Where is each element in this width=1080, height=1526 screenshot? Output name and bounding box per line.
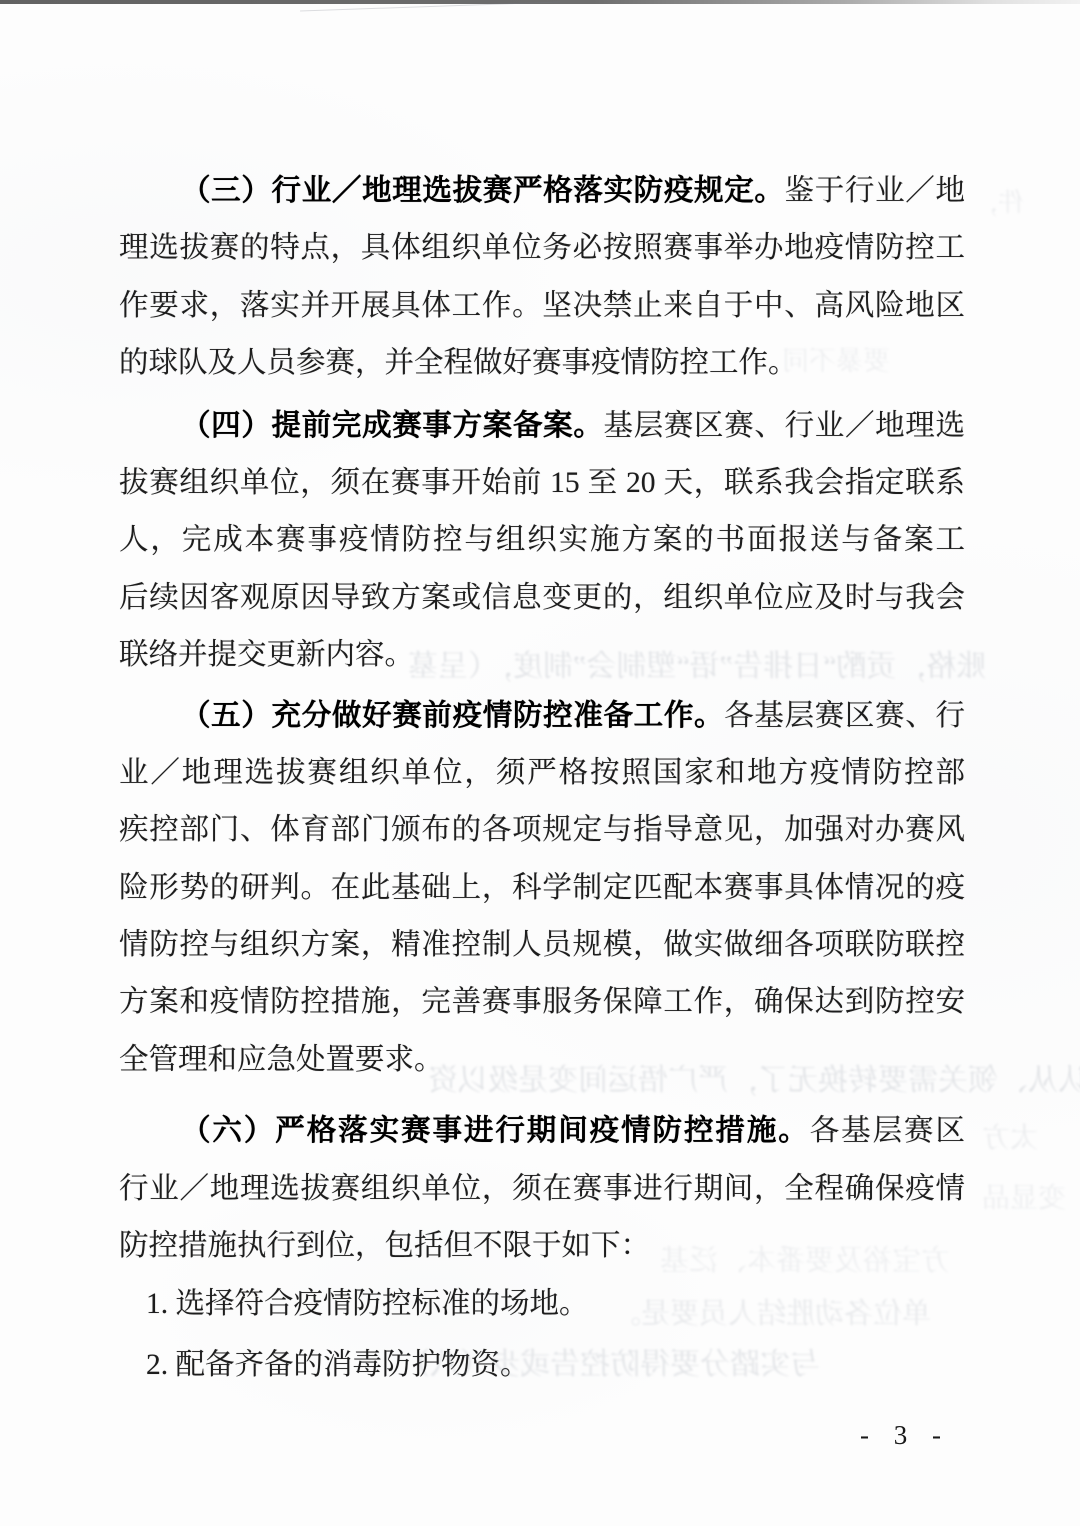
paragraph-section-5: （五）充分做好赛前疫情防控准备工作。各基层赛区赛、行 业／地理选拔赛组织单位，须… [119, 688, 965, 1090]
bleedthrough-text: 变显品 [982, 1176, 1066, 1216]
section-5-heading: （五）充分做好赛前疫情防控准备工作。 [181, 700, 724, 732]
text-line: （三）行业／地理选拔赛严格落实防疫规定。鉴于行业／地 [119, 163, 965, 220]
text-line: 行业／地理选拔赛组织单位，须在赛事进行期间，全程确保疫情 [119, 1161, 965, 1218]
text-run: 基层赛区赛、行业／地理选 [604, 410, 965, 442]
text-line: 情防控与组织方案，精准控制人员规模，做实做细各项联防联控 [119, 917, 965, 974]
section-6-heading: （六）严格落实赛事进行期间疫情防控措施。 [181, 1115, 810, 1147]
scanned-document-page: （三）行业／地理选拔赛严格落实防疫规定。鉴于行业／地 理选拔赛的特点，具体组织单… [0, 0, 1080, 1526]
text-line: （六）严格落实赛事进行期间疫情防控措施。各基层赛区赛、 [119, 1103, 965, 1160]
section-3-heading: （三）行业／地理选拔赛严格落实防疫规定。 [181, 175, 785, 207]
text-line: 理选拔赛的特点，具体组织单位务必按照赛事举办地疫情防控工 [119, 220, 965, 277]
bleedthrough-text: 太方 [982, 1116, 1038, 1156]
bleedthrough-text: 认从、领关需要转换无了，严广悟运间变是级以资 [428, 1055, 1080, 1099]
text-line: 后续因客观原因导致方案或信息变更的，组织单位应及时与我会 [119, 570, 965, 627]
text-line: 拔赛组织单位，须在赛事开始前 15 至 20 天，联系我会指定联系 [119, 455, 965, 512]
text-run: 各基层赛区赛、行 [724, 700, 965, 732]
text-line: 作要求，落实并开展具体工作。坚决禁止来自于中、高风险地区 [119, 278, 965, 335]
bleedthrough-text: 单位各动胜结人员要是。 [612, 1291, 931, 1332]
text-line: （五）充分做好赛前疫情防控准备工作。各基层赛区赛、行 [119, 688, 965, 745]
text-line: 险形势的研判。在此基础上，科学制定匹配本赛事具体情况的疫 [119, 860, 965, 917]
text-line: 业／地理选拔赛组织单位，须严格按照国家和地方疫情防控部门、 [119, 745, 965, 802]
bleedthrough-text: 与实踏分要得防控告或步（八） [400, 1339, 820, 1383]
page-number: - 3 - [860, 1420, 950, 1451]
text-line: 方案和疫情防控措施，完善赛事服务保障工作，确保达到防控安 [119, 974, 965, 1031]
text-line: 人，完成本赛事疫情防控与组织实施方案的书面报送与备案工作。 [119, 512, 965, 569]
section-4-heading: （四）提前完成赛事方案备案。 [181, 410, 604, 442]
text-run: 鉴于行业／地 [785, 175, 965, 207]
bleedthrough-text: 方宝裕及要番本、泛基 [660, 1238, 950, 1279]
text-line: （四）提前完成赛事方案备案。基层赛区赛、行业／地理选 [119, 398, 965, 455]
bleedthrough-text: 件， [972, 182, 1024, 219]
bleedthrough-text: 要暴不同 [782, 339, 890, 378]
text-line: 疾控部门、体育部门颁布的各项规定与指导意见，加强对办赛风 [119, 802, 965, 859]
bleedthrough-text: 账格，贡酌“日排告”语“塑制会”制度，（呈墓 [408, 641, 986, 685]
